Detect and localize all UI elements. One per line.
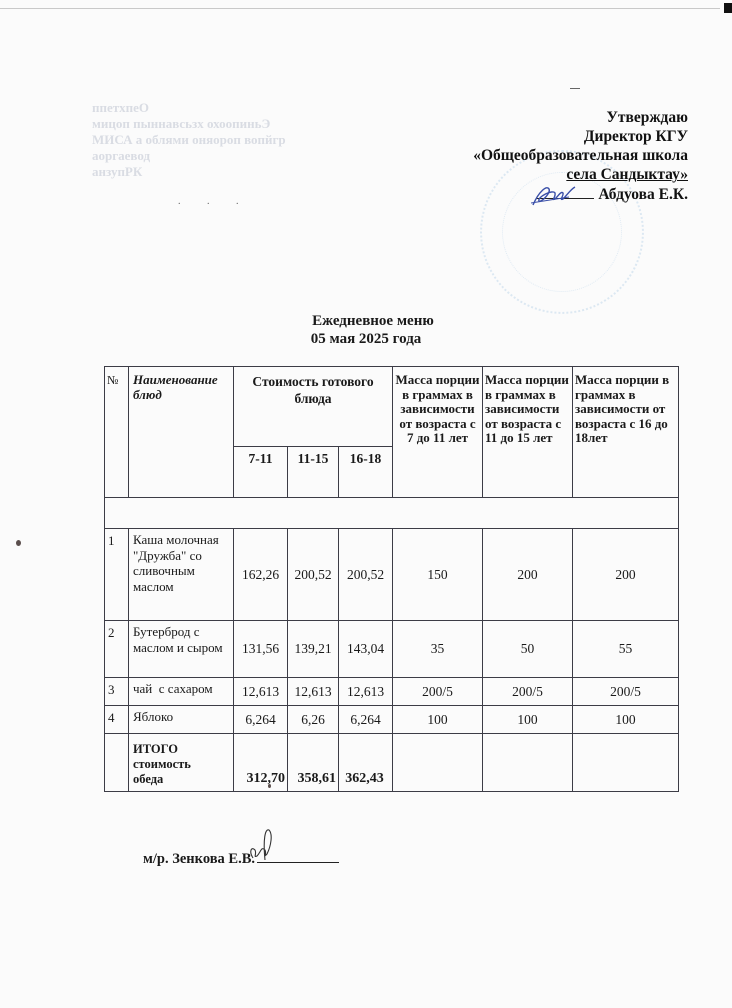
header-name: Наименование блюд xyxy=(129,367,234,498)
total-cost-11-15: 358,61 xyxy=(288,734,339,792)
total-label-line: обеда xyxy=(133,772,229,787)
approval-organization: «Общеобразовательная школа xyxy=(473,146,688,165)
mass-16-18: 55 xyxy=(573,621,679,678)
total-label-line: ИТОГО xyxy=(133,742,229,757)
nurse-signature-icon xyxy=(247,828,275,862)
header-mass-16-18: Масса порции в граммах в зависимости от … xyxy=(573,367,679,498)
scan-speck xyxy=(268,784,271,788)
ghost-line: мицоп пыннавсьзх охоопиньЭ xyxy=(92,116,322,132)
header-row: № Наименование блюд Стоимость готового б… xyxy=(105,367,679,447)
director-signature-icon xyxy=(529,183,577,209)
scan-dots: . . . xyxy=(178,196,251,207)
mass-7-11: 35 xyxy=(393,621,483,678)
cost-16-18: 200,52 xyxy=(339,529,393,621)
mass-7-11: 200/5 xyxy=(393,678,483,706)
mass-11-15: 100 xyxy=(483,706,573,734)
header-num: № xyxy=(105,367,129,498)
cost-11-15: 12,613 xyxy=(288,678,339,706)
cost-11-15: 200,52 xyxy=(288,529,339,621)
cost-7-11: 12,613 xyxy=(234,678,288,706)
menu-table: № Наименование блюд Стоимость готового б… xyxy=(104,366,679,792)
ghost-line: аоргаевод xyxy=(92,148,322,164)
nurse-signatory: м/р. Зенкова Е.В. xyxy=(143,851,255,867)
scan-speck xyxy=(16,540,21,546)
header-mass-11-15: Масса порции в граммах в зависимости от … xyxy=(483,367,573,498)
approval-block: Утверждаю Директор КГУ «Общеобразователь… xyxy=(473,108,688,204)
nurse-signature-block: м/р. Зенкова Е.В. xyxy=(143,848,339,868)
title-date: 05 мая 2025 года xyxy=(0,330,732,348)
total-cost-7-11: 312,70 xyxy=(234,734,288,792)
mass-16-18: 200 xyxy=(573,529,679,621)
scan-corner-mark xyxy=(724,3,732,13)
mass-16-18: 100 xyxy=(573,706,679,734)
total-mass-cell xyxy=(483,734,573,792)
dish-name: чай с сахаром xyxy=(129,678,234,706)
cost-16-18: 6,264 xyxy=(339,706,393,734)
cost-11-15: 139,21 xyxy=(288,621,339,678)
approval-organization-2: села Сандыктау» xyxy=(473,165,688,184)
header-age-7-11: 7-11 xyxy=(234,447,288,498)
bleed-through-text: ппетхпеО мицоп пыннавсьзх охоопиньЭ МИСА… xyxy=(92,100,322,180)
table-row: 4 Яблоко 6,264 6,26 6,264 100 100 100 xyxy=(105,706,679,734)
approval-heading: Утверждаю xyxy=(473,108,688,127)
title-line: Ежедневное меню xyxy=(0,312,732,330)
total-row: ИТОГО стоимость обеда 312,70 358,61 362,… xyxy=(105,734,679,792)
mass-7-11: 150 xyxy=(393,529,483,621)
header-cost: Стоимость готового блюда xyxy=(234,367,393,447)
mass-11-15: 50 xyxy=(483,621,573,678)
dish-name: Каша молочная "Дружба" со сливочным масл… xyxy=(129,529,234,621)
mass-11-15: 200 xyxy=(483,529,573,621)
scan-dash-mark xyxy=(570,88,580,89)
approval-signatory: Абдуова Е.К. xyxy=(598,186,688,203)
table-row: 3 чай с сахаром 12,613 12,613 12,613 200… xyxy=(105,678,679,706)
page-edge xyxy=(0,8,720,9)
cost-7-11: 131,56 xyxy=(234,621,288,678)
total-label-line: стоимость xyxy=(133,757,229,772)
mass-11-15: 200/5 xyxy=(483,678,573,706)
total-num-cell xyxy=(105,734,129,792)
row-num: 2 xyxy=(105,621,129,678)
header-age-11-15: 11-15 xyxy=(288,447,339,498)
dish-name: Бутерброд с маслом и сыром xyxy=(129,621,234,678)
cost-7-11: 6,264 xyxy=(234,706,288,734)
empty-row xyxy=(105,498,679,529)
ghost-line: ппетхпеО xyxy=(92,100,322,116)
table-row: 1 Каша молочная "Дружба" со сливочным ма… xyxy=(105,529,679,621)
ghost-line: анзупРК xyxy=(92,164,322,180)
document-title: Ежедневное меню 05 мая 2025 года xyxy=(0,312,732,348)
row-num: 3 xyxy=(105,678,129,706)
total-mass-cell xyxy=(573,734,679,792)
cost-16-18: 143,04 xyxy=(339,621,393,678)
total-cost-16-18: 362,43 xyxy=(339,734,393,792)
approval-position: Директор КГУ xyxy=(473,127,688,146)
cost-16-18: 12,613 xyxy=(339,678,393,706)
row-num: 1 xyxy=(105,529,129,621)
row-num: 4 xyxy=(105,706,129,734)
cost-7-11: 162,26 xyxy=(234,529,288,621)
dish-name: Яблоко xyxy=(129,706,234,734)
mass-7-11: 100 xyxy=(393,706,483,734)
mass-16-18: 200/5 xyxy=(573,678,679,706)
ghost-line: МИСА а облями оняороп вопйгр xyxy=(92,132,322,148)
cost-11-15: 6,26 xyxy=(288,706,339,734)
header-mass-7-11: Масса порции в граммах в зависимости от … xyxy=(393,367,483,498)
empty-cell xyxy=(105,498,679,529)
table-row: 2 Бутерброд с маслом и сыром 131,56 139,… xyxy=(105,621,679,678)
total-label: ИТОГО стоимость обеда xyxy=(129,734,234,792)
header-age-16-18: 16-18 xyxy=(339,447,393,498)
total-mass-cell xyxy=(393,734,483,792)
